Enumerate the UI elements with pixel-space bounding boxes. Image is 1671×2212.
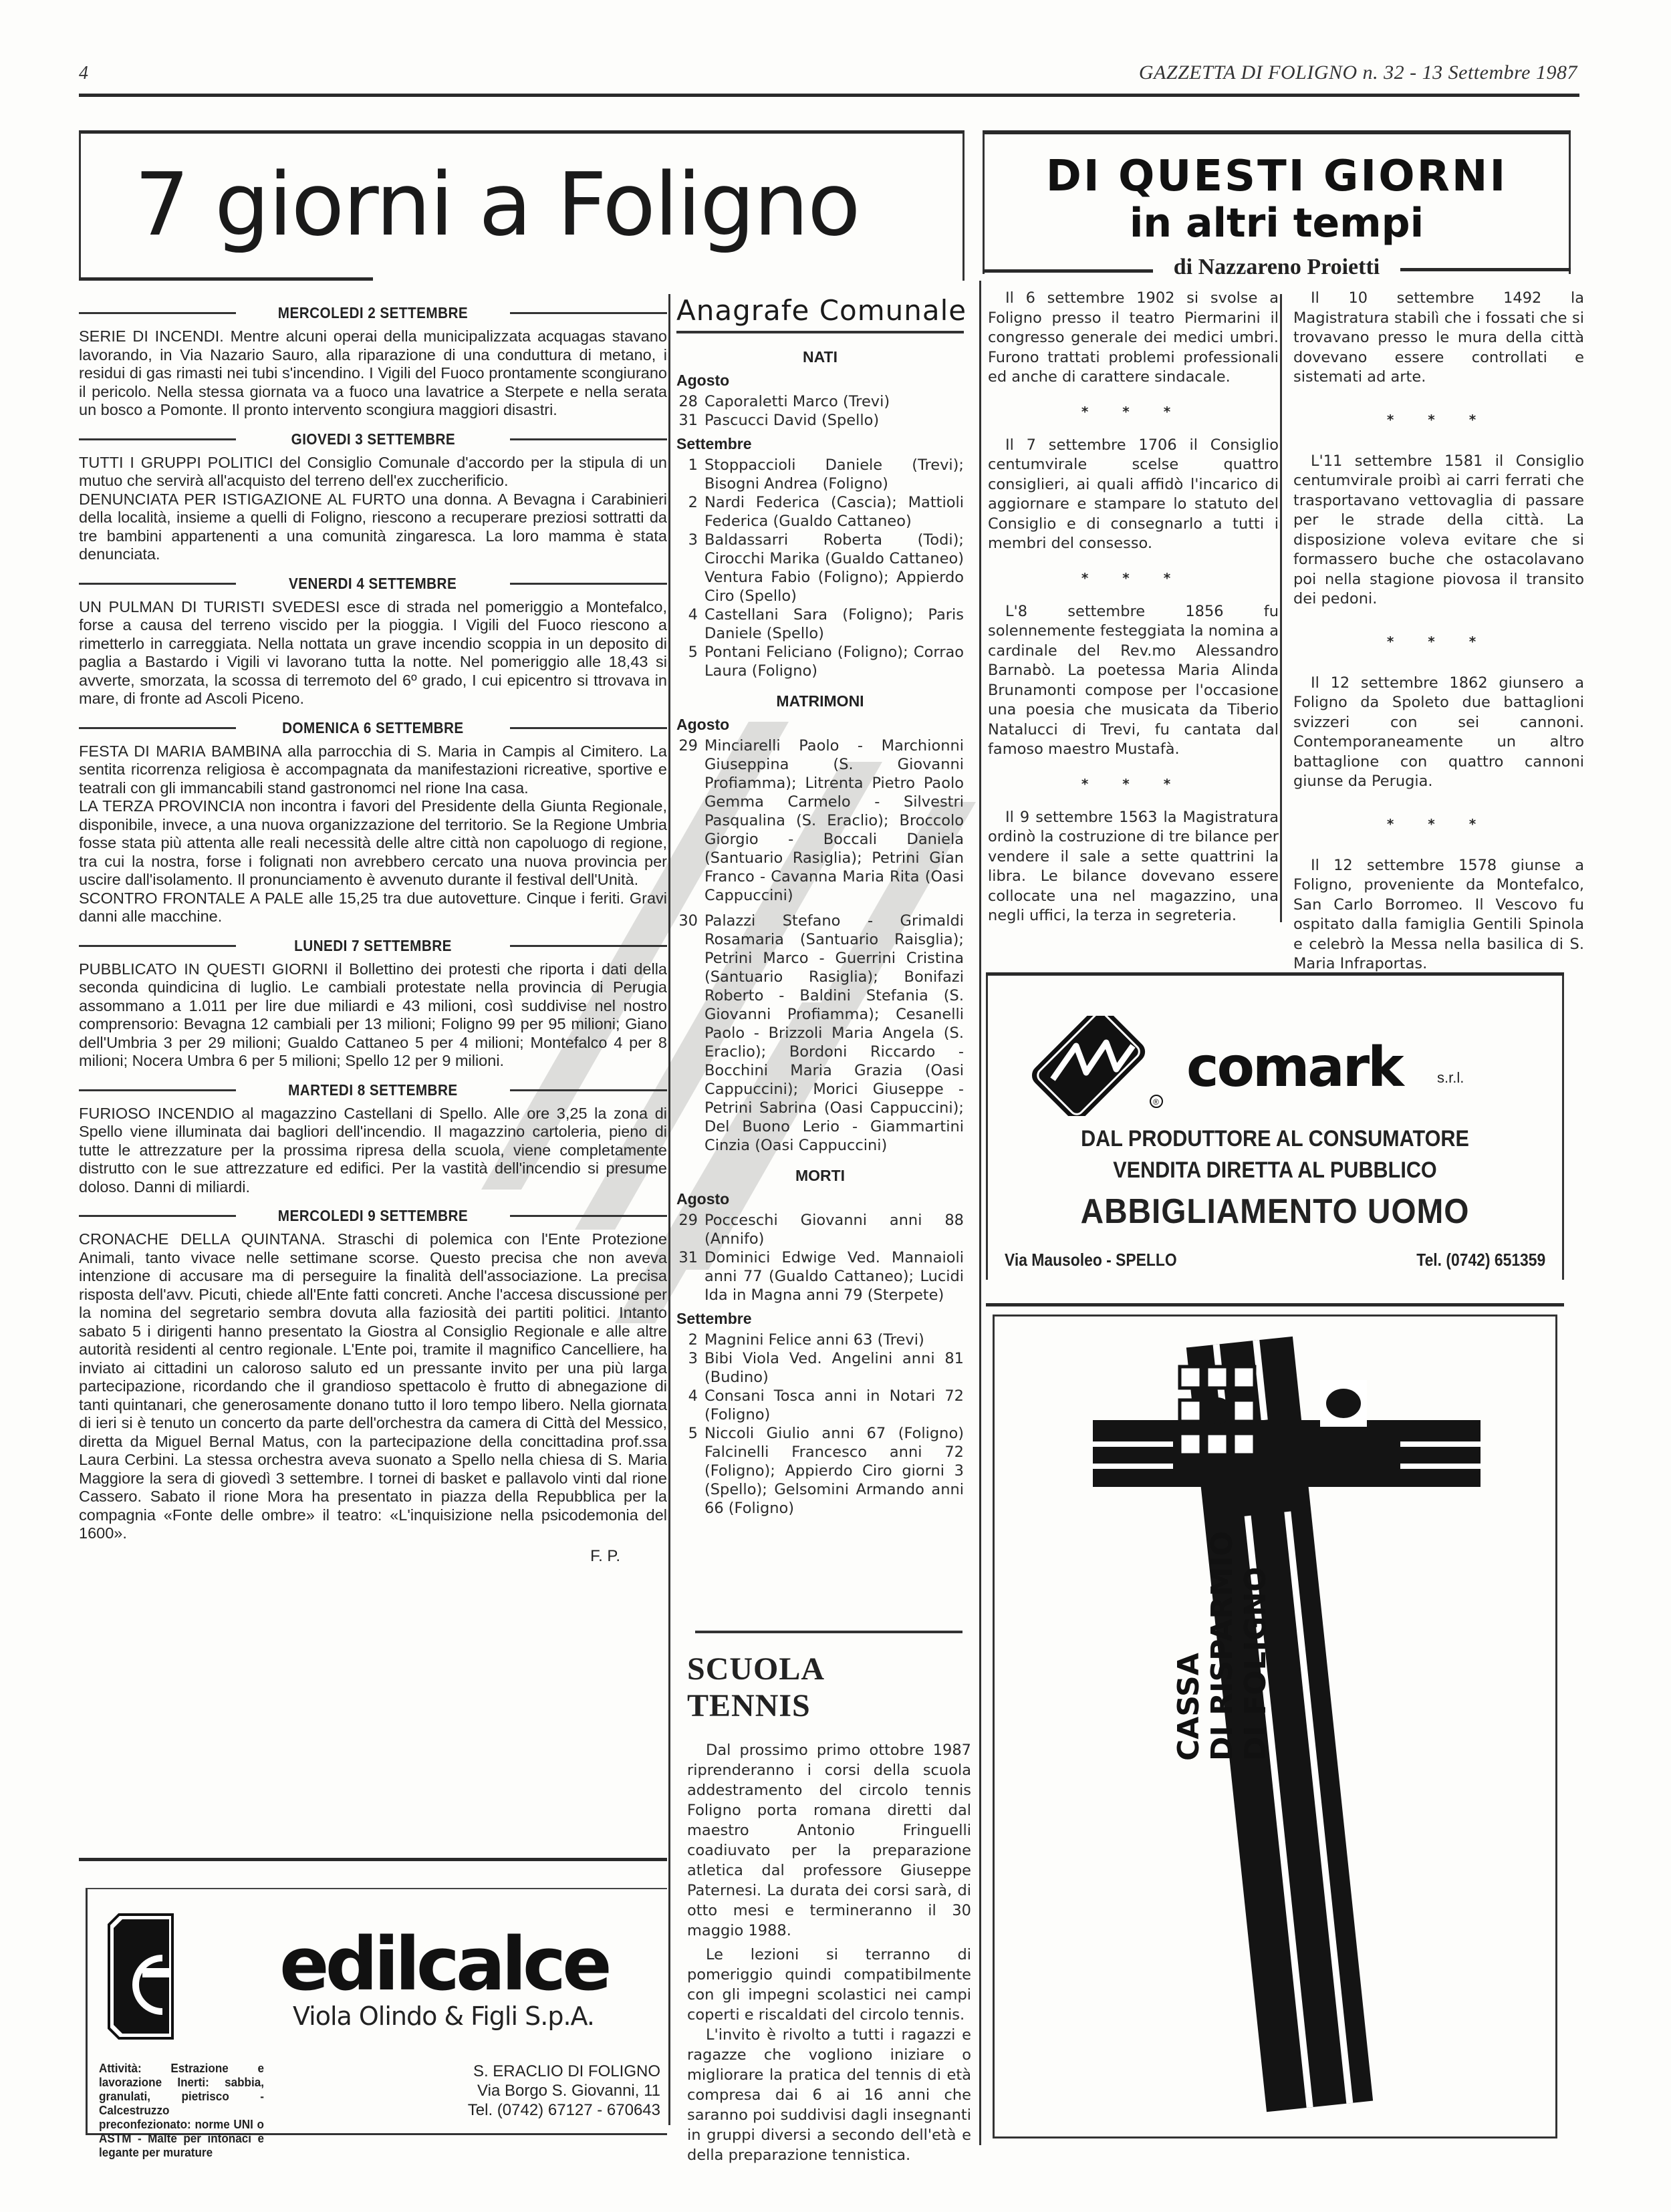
list-item: 5Pontani Feliciano (Foligno); Corrao Lau…	[676, 643, 964, 680]
day-entry: MARTEDI 8 SETTEMBRE FURIOSO INCENDIO al …	[79, 1081, 667, 1197]
list-item: 4Castellani Sara (Foligno); Paris Daniel…	[676, 605, 964, 643]
altri-tempi-column-2: Il 10 settembre 1492 la Magistratura sta…	[1293, 289, 1584, 974]
day-paragraph: FURIOSO INCENDIO al magazzino Castellani…	[79, 1105, 667, 1197]
cassa-cross-logo-icon	[1026, 1327, 1534, 2128]
day-paragraph: LA TERZA PROVINCIA non incontra i favori…	[79, 797, 667, 889]
scuola-tennis-title: SCUOLA TENNIS	[687, 1651, 971, 1724]
comark-tagline-3: ABBIGLIAMENTO UOMO	[1009, 1192, 1541, 1232]
day-paragraph: CRONACHE DELLA QUINTANA. Straschi di pol…	[79, 1230, 667, 1543]
altri-tempi-title-line2: in altri tempi	[985, 200, 1569, 247]
day-entry: DOMENICA 6 SETTEMBRE FESTA DI MARIA BAMB…	[79, 719, 667, 926]
separator-stars: * * *	[988, 776, 1279, 792]
list-item: 4Consani Tosca anni in Notari 72 (Folign…	[676, 1387, 964, 1424]
list-item: 31Dominici Edwige Ved. Mannaioli anni 77…	[676, 1248, 964, 1304]
edilcalce-phone: Tel. (0742) 67127 - 670643	[468, 2100, 660, 2120]
list-item: 3Bibi Viola Ved. Angelini anni 81 (Budin…	[676, 1349, 964, 1387]
separator-stars: * * *	[988, 404, 1279, 420]
day-entry: MERCOLEDI 2 SETTEMBRE SERIE DI INCENDI. …	[79, 304, 667, 420]
list-item: 3Baldassarri Roberta (Todi); Cirocchi Ma…	[676, 531, 964, 605]
list-item: 2Nardi Federica (Cascia); Mattioli Feder…	[676, 493, 964, 531]
day-entry: MERCOLEDI 9 SETTEMBRE CRONACHE DELLA QUI…	[79, 1207, 667, 1566]
comark-advertisement: ® comark s.r.l. DAL PRODUTTORE AL CONSUM…	[986, 972, 1564, 1280]
history-paragraph: Il 10 settembre 1492 la Magistratura sta…	[1293, 289, 1584, 388]
page-number: 4	[79, 63, 88, 84]
anagrafe-comunale: Anagrafe Comunale NATI Agosto 28Caporale…	[676, 294, 964, 1518]
edilcalce-activities: Attività: Estrazione e lavorazione Inert…	[99, 2062, 264, 2160]
day-entry: GIOVEDI 3 SETTEMBRE TUTTI I GRUPPI POLIT…	[79, 430, 667, 564]
cassa-line-2: DI RISPARMIO	[1206, 1531, 1240, 1761]
day-label: DOMENICA 6 SETTEMBRE	[282, 719, 464, 737]
list-item: 1Stoppaccioli Daniele (Trevi); Bisogni A…	[676, 456, 964, 493]
history-paragraph: Il 7 settembre 1706 il Consiglio centumv…	[988, 436, 1279, 554]
edilcalce-logo-icon	[106, 1911, 179, 2045]
edilcalce-street: Via Borgo S. Giovanni, 11	[468, 2081, 660, 2100]
altri-tempi-byline: di Nazzareno Proietti	[985, 255, 1569, 280]
cassa-line-3: DI FOLIGNO	[1240, 1531, 1273, 1761]
month-label: Settembre	[676, 1310, 964, 1328]
svg-text:®: ®	[1153, 1097, 1159, 1107]
altri-tempi-title-line1: DI QUESTI GIORNI	[985, 152, 1569, 201]
day-label: VENERDI 4 SETTEMBRE	[289, 575, 457, 593]
history-paragraph: L'11 settembre 1581 il Consiglio centumv…	[1293, 452, 1584, 609]
edilcalce-contact: S. ERACLIO DI FOLIGNO Via Borgo S. Giova…	[468, 2062, 660, 2120]
article-paragraph: Dal prossimo primo ottobre 1987 riprende…	[687, 1740, 971, 1941]
month-label: Agosto	[676, 716, 964, 734]
column-rule-right	[1280, 294, 1282, 922]
day-label: MERCOLEDI 9 SETTEMBRE	[278, 1207, 468, 1225]
comark-logo-icon: ®	[1013, 1016, 1173, 1116]
comark-tagline-2: VENDITA DIRETTA AL PUBBLICO	[1015, 1157, 1535, 1184]
edilcalce-brand: edilcalce	[279, 1921, 608, 2007]
scuola-tennis-article: SCUOLA TENNIS Dal prossimo primo ottobre…	[687, 1651, 971, 2165]
column-rule-middle	[979, 281, 981, 2145]
day-paragraph: SCONTRO FRONTALE A PALE alle 15,25 tra d…	[79, 889, 667, 926]
list-item: 28Caporaletti Marco (Trevi)	[676, 392, 964, 411]
day-label: GIOVEDI 3 SETTEMBRE	[291, 430, 455, 448]
day-paragraph: SERIE DI INCENDI. Mentre alcuni operai d…	[79, 327, 667, 420]
day-paragraph: FESTA DI MARIA BAMBINA alla parrocchia d…	[79, 742, 667, 798]
day-label: LUNEDI 7 SETTEMBRE	[294, 937, 452, 955]
altri-tempi-column-1: Il 6 settembre 1902 si svolse a Foligno …	[988, 289, 1279, 926]
day-entry: VENERDI 4 SETTEMBRE UN PULMAN DI TURISTI…	[79, 575, 667, 708]
article-paragraph: Le lezioni si terranno di pomeriggio qui…	[687, 1945, 971, 2025]
history-paragraph: Il 12 settembre 1578 giunse a Foligno, p…	[1293, 856, 1584, 974]
cassa-vertical-text: CASSA DI RISPARMIO DI FOLIGNO	[1173, 1531, 1273, 1761]
edilcalce-location: S. ERACLIO DI FOLIGNO	[468, 2062, 660, 2081]
edilcalce-company: Viola Olindo & Figli S.p.A.	[293, 2001, 594, 2031]
day-label: MERCOLEDI 2 SETTEMBRE	[278, 304, 468, 322]
author-signature: F. P.	[590, 1547, 620, 1566]
history-paragraph: Il 12 settembre 1862 giunsero a Foligno …	[1293, 674, 1584, 792]
page-title: 7 giorni a Foligno	[134, 154, 860, 255]
list-item: 29Minciarelli Paolo - Marchionni Giusepp…	[676, 736, 964, 905]
list-item: 31Pascucci David (Spello)	[676, 411, 964, 430]
history-paragraph: Il 9 settembre 1563 la Magistratura ordi…	[988, 808, 1279, 926]
day-paragraph: DENUNCIATA PER ISTIGAZIONE AL FURTO una …	[79, 491, 667, 564]
list-item: 2Magnini Felice anni 63 (Trevi)	[676, 1331, 964, 1349]
day-paragraph: UN PULMAN DI TURISTI SVEDESI esce di str…	[79, 598, 667, 708]
history-paragraph: L'8 settembre 1856 fu solennemente feste…	[988, 602, 1279, 760]
cassa-line-1: CASSA	[1173, 1531, 1206, 1761]
list-item: 30Palazzi Stefano - Grimaldi Rosamaria (…	[676, 912, 964, 1155]
history-paragraph: Il 6 settembre 1902 si svolse a Foligno …	[988, 289, 1279, 388]
cassa-risparmio-advertisement: CASSA DI RISPARMIO DI FOLIGNO	[986, 1303, 1564, 2138]
section-heading-morti: MORTI	[676, 1167, 964, 1185]
separator-stars: * * *	[1293, 634, 1584, 650]
month-label: Settembre	[676, 435, 964, 453]
comark-phone: Tel. (0742) 651359	[1416, 1250, 1545, 1270]
section-heading-matrimoni: MATRIMONI	[676, 692, 964, 710]
anagrafe-title: Anagrafe Comunale	[676, 294, 964, 327]
day-paragraph: PUBBLICATO IN QUESTI GIORNI il Bollettin…	[79, 960, 667, 1071]
comark-brand: comark	[1186, 1036, 1402, 1099]
day-entry: LUNEDI 7 SETTEMBRE PUBBLICATO IN QUESTI …	[79, 937, 667, 1071]
byline-rule-right	[1400, 268, 1571, 271]
altri-tempi-title-box: DI QUESTI GIORNI in altri tempi di Nazza…	[983, 130, 1571, 274]
column-rule-left	[668, 294, 670, 2125]
separator-stars: * * *	[988, 570, 1279, 586]
month-label: Agosto	[676, 1190, 964, 1208]
sette-giorni-diary: MERCOLEDI 2 SETTEMBRE SERIE DI INCENDI. …	[79, 297, 667, 1576]
list-item: 5Niccoli Giulio anni 67 (Foligno) Falcin…	[676, 1424, 964, 1518]
list-item: 29Pocceschi Giovanni anni 88 (Annifo)	[676, 1211, 964, 1248]
comark-address: Via Mausoleo - SPELLO	[1005, 1250, 1177, 1270]
separator-stars: * * *	[1293, 412, 1584, 428]
day-label: MARTEDI 8 SETTEMBRE	[288, 1081, 458, 1099]
header-rule	[79, 94, 1579, 97]
separator-stars: * * *	[1293, 816, 1584, 832]
comark-suffix: s.r.l.	[1437, 1069, 1464, 1087]
title-underline	[79, 277, 373, 281]
publication-header: GAZZETTA DI FOLIGNO n. 32 - 13 Settembre…	[1139, 61, 1577, 84]
edilcalce-advertisement: edilcalce Viola Olindo & Figli S.p.A. At…	[79, 1858, 667, 2135]
article-paragraph: L'invito è rivolto a tutti i ragazzi e r…	[687, 2025, 971, 2165]
month-label: Agosto	[676, 372, 964, 390]
sette-giorni-title-box: 7 giorni a Foligno	[79, 130, 965, 281]
day-paragraph: TUTTI I GRUPPI POLITICI del Consiglio Co…	[79, 454, 667, 491]
comark-tagline-1: DAL PRODUTTORE AL CONSUMATORE	[1015, 1126, 1535, 1152]
anagrafe-end-rule	[695, 1631, 962, 1633]
section-heading-nati: NATI	[676, 348, 964, 366]
